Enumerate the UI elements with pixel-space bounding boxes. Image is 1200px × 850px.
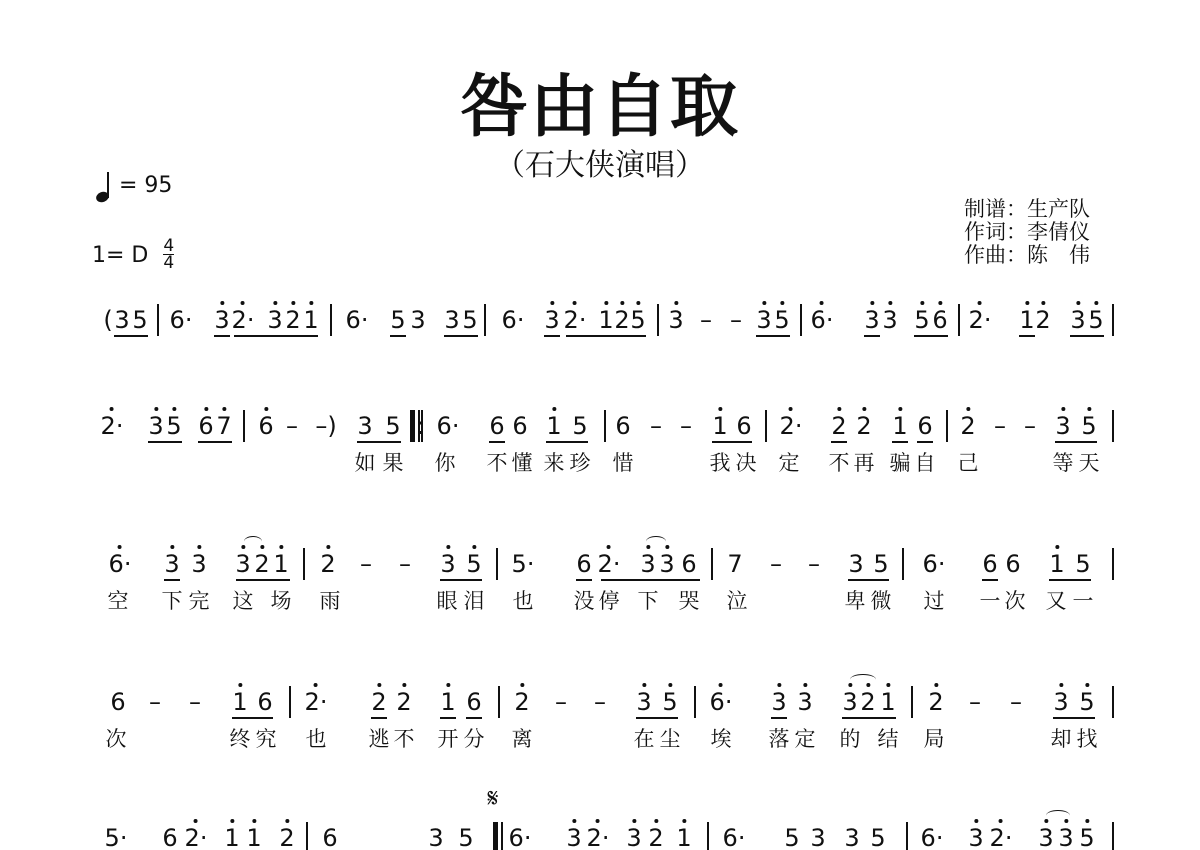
slur <box>646 536 666 547</box>
note: – <box>700 306 712 334</box>
note: – <box>189 688 201 716</box>
note: – <box>149 688 161 716</box>
note: 3 <box>440 550 455 578</box>
note: 2· <box>101 412 124 440</box>
lyric-char: 再 <box>854 450 875 476</box>
beam-underline <box>198 441 232 443</box>
note: 1 <box>440 688 455 716</box>
lyric-char: 定 <box>779 450 800 476</box>
note: 6 <box>681 550 696 578</box>
beam-underline <box>598 335 614 337</box>
note: 3 <box>771 688 786 716</box>
lyric-char: 微 <box>871 588 892 614</box>
lyric-char: 次 <box>106 726 127 752</box>
note: 6· <box>109 550 132 578</box>
beam-underline <box>982 579 998 581</box>
note: 3 <box>114 306 129 334</box>
note: 6· <box>923 550 946 578</box>
note: 6· <box>437 412 460 440</box>
beam-underline <box>1049 579 1091 581</box>
note: 2 <box>279 824 294 850</box>
note: 2· <box>990 824 1013 850</box>
lyric-char: 完 <box>189 588 210 614</box>
bar-line <box>604 410 606 442</box>
bar-line <box>946 410 948 442</box>
beam-underline <box>371 717 387 719</box>
lyric-char: 等 <box>1053 450 1074 476</box>
bar-line <box>911 686 913 718</box>
note: 5 <box>870 824 885 850</box>
lyric-char: 决 <box>736 450 757 476</box>
bar-line <box>765 410 767 442</box>
beam-underline <box>864 335 880 337</box>
note: 1 <box>1019 306 1034 334</box>
lyric-char: 没 <box>574 588 595 614</box>
lyric-char: 不 <box>829 450 850 476</box>
lyric-char: 我 <box>710 450 731 476</box>
note: 3 <box>882 306 897 334</box>
note: – <box>594 688 606 716</box>
beam-underline <box>214 335 230 337</box>
note: – <box>808 550 820 578</box>
beam-underline <box>444 335 478 337</box>
note: 3 <box>357 412 372 440</box>
lyric-char: 也 <box>513 588 534 614</box>
note: 6 <box>322 824 337 850</box>
beam-underline <box>771 717 787 719</box>
beam-underline <box>917 441 933 443</box>
note: 6 <box>257 688 272 716</box>
note: 6· <box>723 824 746 850</box>
note: 3 <box>626 824 641 850</box>
note: 5 <box>166 412 181 440</box>
note: 2 <box>960 412 975 440</box>
note: – <box>680 412 692 440</box>
lyric-char: 来 <box>544 450 565 476</box>
note: 3 <box>566 824 581 850</box>
beam-underline <box>712 441 752 443</box>
note: 2 <box>396 688 411 716</box>
note: 1 <box>880 688 895 716</box>
beam-underline <box>236 579 270 581</box>
note: 2 <box>320 550 335 578</box>
note: 1 <box>892 412 907 440</box>
note: 2 <box>860 688 875 716</box>
note: 2 <box>614 306 629 334</box>
beam-underline <box>544 335 560 337</box>
note: 5 <box>630 306 645 334</box>
lyric-char: 泣 <box>727 588 748 614</box>
bar-line <box>707 822 709 850</box>
note: 6 <box>1005 550 1020 578</box>
note: – <box>1010 688 1022 716</box>
performer-subtitle: （石大侠演唱） <box>0 146 1200 186</box>
note: – <box>770 550 782 578</box>
note: 5· <box>512 550 535 578</box>
note: 2· <box>587 824 610 850</box>
lyric-char: 场 <box>271 588 292 614</box>
bar-line <box>800 304 802 336</box>
note: – <box>399 550 411 578</box>
lyric-char: 下 <box>162 588 183 614</box>
note: 6 <box>982 550 997 578</box>
bar-line <box>484 304 486 336</box>
note: – <box>730 306 742 334</box>
lyric-char: 尘 <box>660 726 681 752</box>
lyric-char: 己 <box>958 450 979 476</box>
note: 3 <box>1038 824 1053 850</box>
note: 3 <box>410 306 425 334</box>
note: 5 <box>873 550 888 578</box>
note: – <box>286 412 298 440</box>
bar-line <box>498 686 500 718</box>
beam-underline <box>466 717 482 719</box>
beam-underline <box>641 579 656 581</box>
beam-underline <box>148 441 182 443</box>
note: 3 <box>428 824 443 850</box>
beam-underline <box>1053 717 1095 719</box>
note: 2 <box>254 550 269 578</box>
bar-line <box>496 548 498 580</box>
note: 3 <box>844 824 859 850</box>
note: 2 <box>1035 306 1050 334</box>
bar-line <box>1112 548 1114 580</box>
lyric-char: 自 <box>915 450 936 476</box>
bar-line <box>657 304 659 336</box>
lyric-char: 果 <box>383 450 404 476</box>
note: 3 <box>235 550 250 578</box>
note: 5 <box>784 824 799 850</box>
bar-line <box>711 548 713 580</box>
note: 2 <box>648 824 663 850</box>
note: 3 <box>640 550 655 578</box>
beam-underline <box>232 717 273 719</box>
lyric-char: 定 <box>795 726 816 752</box>
note: 5 <box>1079 688 1094 716</box>
note: 2 <box>856 412 871 440</box>
lyric-char: 埃 <box>711 726 732 752</box>
lyric-char: 的 <box>840 726 861 752</box>
note: 1 <box>224 824 239 850</box>
bar-line <box>902 548 904 580</box>
note: 1 <box>273 550 288 578</box>
note: 5· <box>105 824 128 850</box>
note: 1 <box>598 306 613 334</box>
note: 6· <box>170 306 193 334</box>
slur <box>850 674 876 685</box>
beam-underline <box>164 579 180 581</box>
beam-underline <box>114 335 148 337</box>
note: 7 <box>216 412 231 440</box>
note: 5 <box>462 306 477 334</box>
beam-underline <box>440 717 456 719</box>
note: 2· <box>598 550 621 578</box>
slur <box>1046 810 1070 821</box>
beam-underline <box>756 335 790 337</box>
beam-underline <box>1055 441 1097 443</box>
note: 6 <box>258 412 273 440</box>
note: 3 <box>191 550 206 578</box>
credit-transcriber: 制谱：生产队 <box>964 198 1090 221</box>
lyric-char: 下 <box>638 588 659 614</box>
lyric-char: 究 <box>256 726 277 752</box>
credit-composer: 作曲：陈 伟 <box>964 244 1090 267</box>
note: 3 <box>659 550 674 578</box>
lyric-char: 离 <box>512 726 533 752</box>
note: 6· <box>346 306 369 334</box>
note: 2· <box>969 306 992 334</box>
note: 6 <box>615 412 630 440</box>
note: 3 <box>968 824 983 850</box>
note: 1 <box>546 412 561 440</box>
beam-underline <box>268 335 282 337</box>
note: 3 <box>668 306 683 334</box>
lyric-char: 停 <box>599 588 620 614</box>
note: 1 <box>712 412 727 440</box>
note: 2· <box>232 306 255 334</box>
note: 5 <box>385 412 400 440</box>
repeat-bar-line <box>493 822 498 850</box>
lyric-char: 空 <box>108 588 129 614</box>
key-text: 1= D <box>92 243 148 268</box>
lyric-char: 天 <box>1079 450 1100 476</box>
note: 5 <box>1081 412 1096 440</box>
bar-line <box>1112 686 1114 718</box>
note: 1 <box>232 688 247 716</box>
bar-line <box>906 822 908 850</box>
note: 6· <box>921 824 944 850</box>
lyric-char: 次 <box>1005 588 1026 614</box>
lyric-char: 不 <box>487 450 508 476</box>
repeat-bar-line <box>410 410 415 442</box>
note: 5 <box>1088 306 1103 334</box>
lyric-char: 雨 <box>320 588 341 614</box>
note: 3 <box>864 306 879 334</box>
lyric-char: 这 <box>233 588 254 614</box>
note: 5 <box>466 550 481 578</box>
lyric-char: 如 <box>355 450 376 476</box>
lyric-char: 懂 <box>512 450 533 476</box>
note: – <box>994 412 1006 440</box>
quarter-note-icon <box>96 174 112 204</box>
beam-underline <box>546 441 588 443</box>
credits: 制谱：生产队 作词：李倩仪 作曲：陈 伟 <box>964 198 1090 267</box>
lyric-char: 局 <box>924 726 945 752</box>
beam-underline <box>1070 335 1104 337</box>
bar-line <box>1112 822 1114 850</box>
segno-icon: 𝄋 <box>487 784 498 815</box>
note: 6 <box>917 412 932 440</box>
bar-line <box>418 410 420 442</box>
note: 6 <box>489 412 504 440</box>
note: 6 <box>576 550 591 578</box>
lyric-char: 在 <box>634 726 655 752</box>
lyric-char: 卑 <box>845 588 866 614</box>
note: 5 <box>1075 550 1090 578</box>
lyric-char: 落 <box>769 726 790 752</box>
bar-line <box>501 822 503 850</box>
beam-underline <box>440 579 482 581</box>
lyric-char: 一 <box>1073 588 1094 614</box>
beam-underline <box>357 441 401 443</box>
note: 3 <box>842 688 857 716</box>
lyric-char: 泪 <box>464 588 485 614</box>
note: 3 <box>164 550 179 578</box>
note: 3 <box>267 306 282 334</box>
lyric-char: 珍 <box>570 450 591 476</box>
lyric-char: 结 <box>878 726 899 752</box>
note: 5 <box>774 306 789 334</box>
note: 2 <box>285 306 300 334</box>
note: 2· <box>564 306 587 334</box>
note: – <box>969 688 981 716</box>
tempo-marking: = 95 <box>96 168 172 204</box>
note: 6 <box>466 688 481 716</box>
bar-line <box>306 822 308 850</box>
lyric-char: 一 <box>980 588 1001 614</box>
note: 2 <box>514 688 529 716</box>
beam-underline <box>848 579 889 581</box>
bar-line <box>157 304 159 336</box>
time-signature: 4 4 <box>163 238 174 271</box>
lyric-char: 开 <box>438 726 459 752</box>
note: 6 <box>198 412 213 440</box>
note: 3 <box>636 688 651 716</box>
note: 5 <box>132 306 147 334</box>
note: –) <box>315 412 336 440</box>
lyric-char: 却 <box>1051 726 1072 752</box>
note: 6· <box>811 306 834 334</box>
note: 5 <box>662 688 677 716</box>
note: 6· <box>502 306 525 334</box>
lyric-char: 眼 <box>437 588 458 614</box>
note: 5 <box>458 824 473 850</box>
note: 3 <box>756 306 771 334</box>
note: 6· <box>710 688 733 716</box>
bar-line <box>694 686 696 718</box>
bar-line <box>1112 410 1114 442</box>
note: 6 <box>932 306 947 334</box>
note: 3 <box>797 688 812 716</box>
lyric-char: 你 <box>435 450 456 476</box>
bar-line <box>303 548 305 580</box>
time-sig-bottom: 4 <box>163 254 174 271</box>
beam-underline <box>892 441 908 443</box>
lyric-char: 也 <box>306 726 327 752</box>
lyric-char: 哭 <box>679 588 700 614</box>
note: 3 <box>444 306 459 334</box>
note: 1 <box>1049 550 1064 578</box>
lyric-char: 逃 <box>369 726 390 752</box>
note: 3 <box>1053 688 1068 716</box>
note: 3 <box>810 824 825 850</box>
lyric-char: 骗 <box>890 450 911 476</box>
note: 3 <box>214 306 229 334</box>
note: – <box>650 412 662 440</box>
bar-line <box>958 304 960 336</box>
credit-lyricist: 作词：李倩仪 <box>964 221 1090 244</box>
beam-underline <box>831 441 847 443</box>
note: 5 <box>572 412 587 440</box>
note: 3 <box>848 550 863 578</box>
note: 2· <box>305 688 328 716</box>
note: 3 <box>1058 824 1073 850</box>
beam-underline <box>636 717 678 719</box>
beam-underline <box>390 335 406 337</box>
note: 5 <box>914 306 929 334</box>
bar-line <box>1112 304 1114 336</box>
bar-line <box>330 304 332 336</box>
beam-underline <box>576 579 592 581</box>
note: 3 <box>544 306 559 334</box>
bar-line <box>421 410 423 442</box>
lyric-char: 找 <box>1077 726 1098 752</box>
note: ( <box>103 306 112 334</box>
note: 2· <box>780 412 803 440</box>
note: 6 <box>162 824 177 850</box>
note: 5 <box>390 306 405 334</box>
lyric-char: 不 <box>394 726 415 752</box>
beam-underline <box>1019 335 1035 337</box>
lyric-char: 过 <box>924 588 945 614</box>
note: – <box>360 550 372 578</box>
beam-underline <box>489 441 505 443</box>
tempo-value: = 95 <box>119 173 172 198</box>
note: 2· <box>185 824 208 850</box>
note: 7 <box>727 550 742 578</box>
note: 6· <box>509 824 532 850</box>
note: 6 <box>110 688 125 716</box>
note: 1 <box>303 306 318 334</box>
note: 2 <box>831 412 846 440</box>
note: 6 <box>512 412 527 440</box>
lyric-char: 终 <box>230 726 251 752</box>
key-signature: 1= D 4 4 <box>92 238 174 274</box>
bar-line <box>289 686 291 718</box>
note: 3 <box>1055 412 1070 440</box>
beam-underline <box>842 717 876 719</box>
note: 3 <box>148 412 163 440</box>
song-title: 咎由自取 <box>0 68 1200 148</box>
lyric-char: 又 <box>1046 588 1067 614</box>
bar-line <box>243 410 245 442</box>
note: 2 <box>928 688 943 716</box>
slur <box>244 536 262 547</box>
note: – <box>1024 412 1036 440</box>
lyric-char: 分 <box>464 726 485 752</box>
time-sig-top: 4 <box>163 238 174 254</box>
note: 1 <box>676 824 691 850</box>
lyric-char: 惜 <box>613 450 634 476</box>
note: 3 <box>1070 306 1085 334</box>
note: – <box>555 688 567 716</box>
note: 6 <box>736 412 751 440</box>
beam-underline <box>914 335 948 337</box>
note: 2 <box>371 688 386 716</box>
note: 1 <box>246 824 261 850</box>
note: 5 <box>1079 824 1094 850</box>
